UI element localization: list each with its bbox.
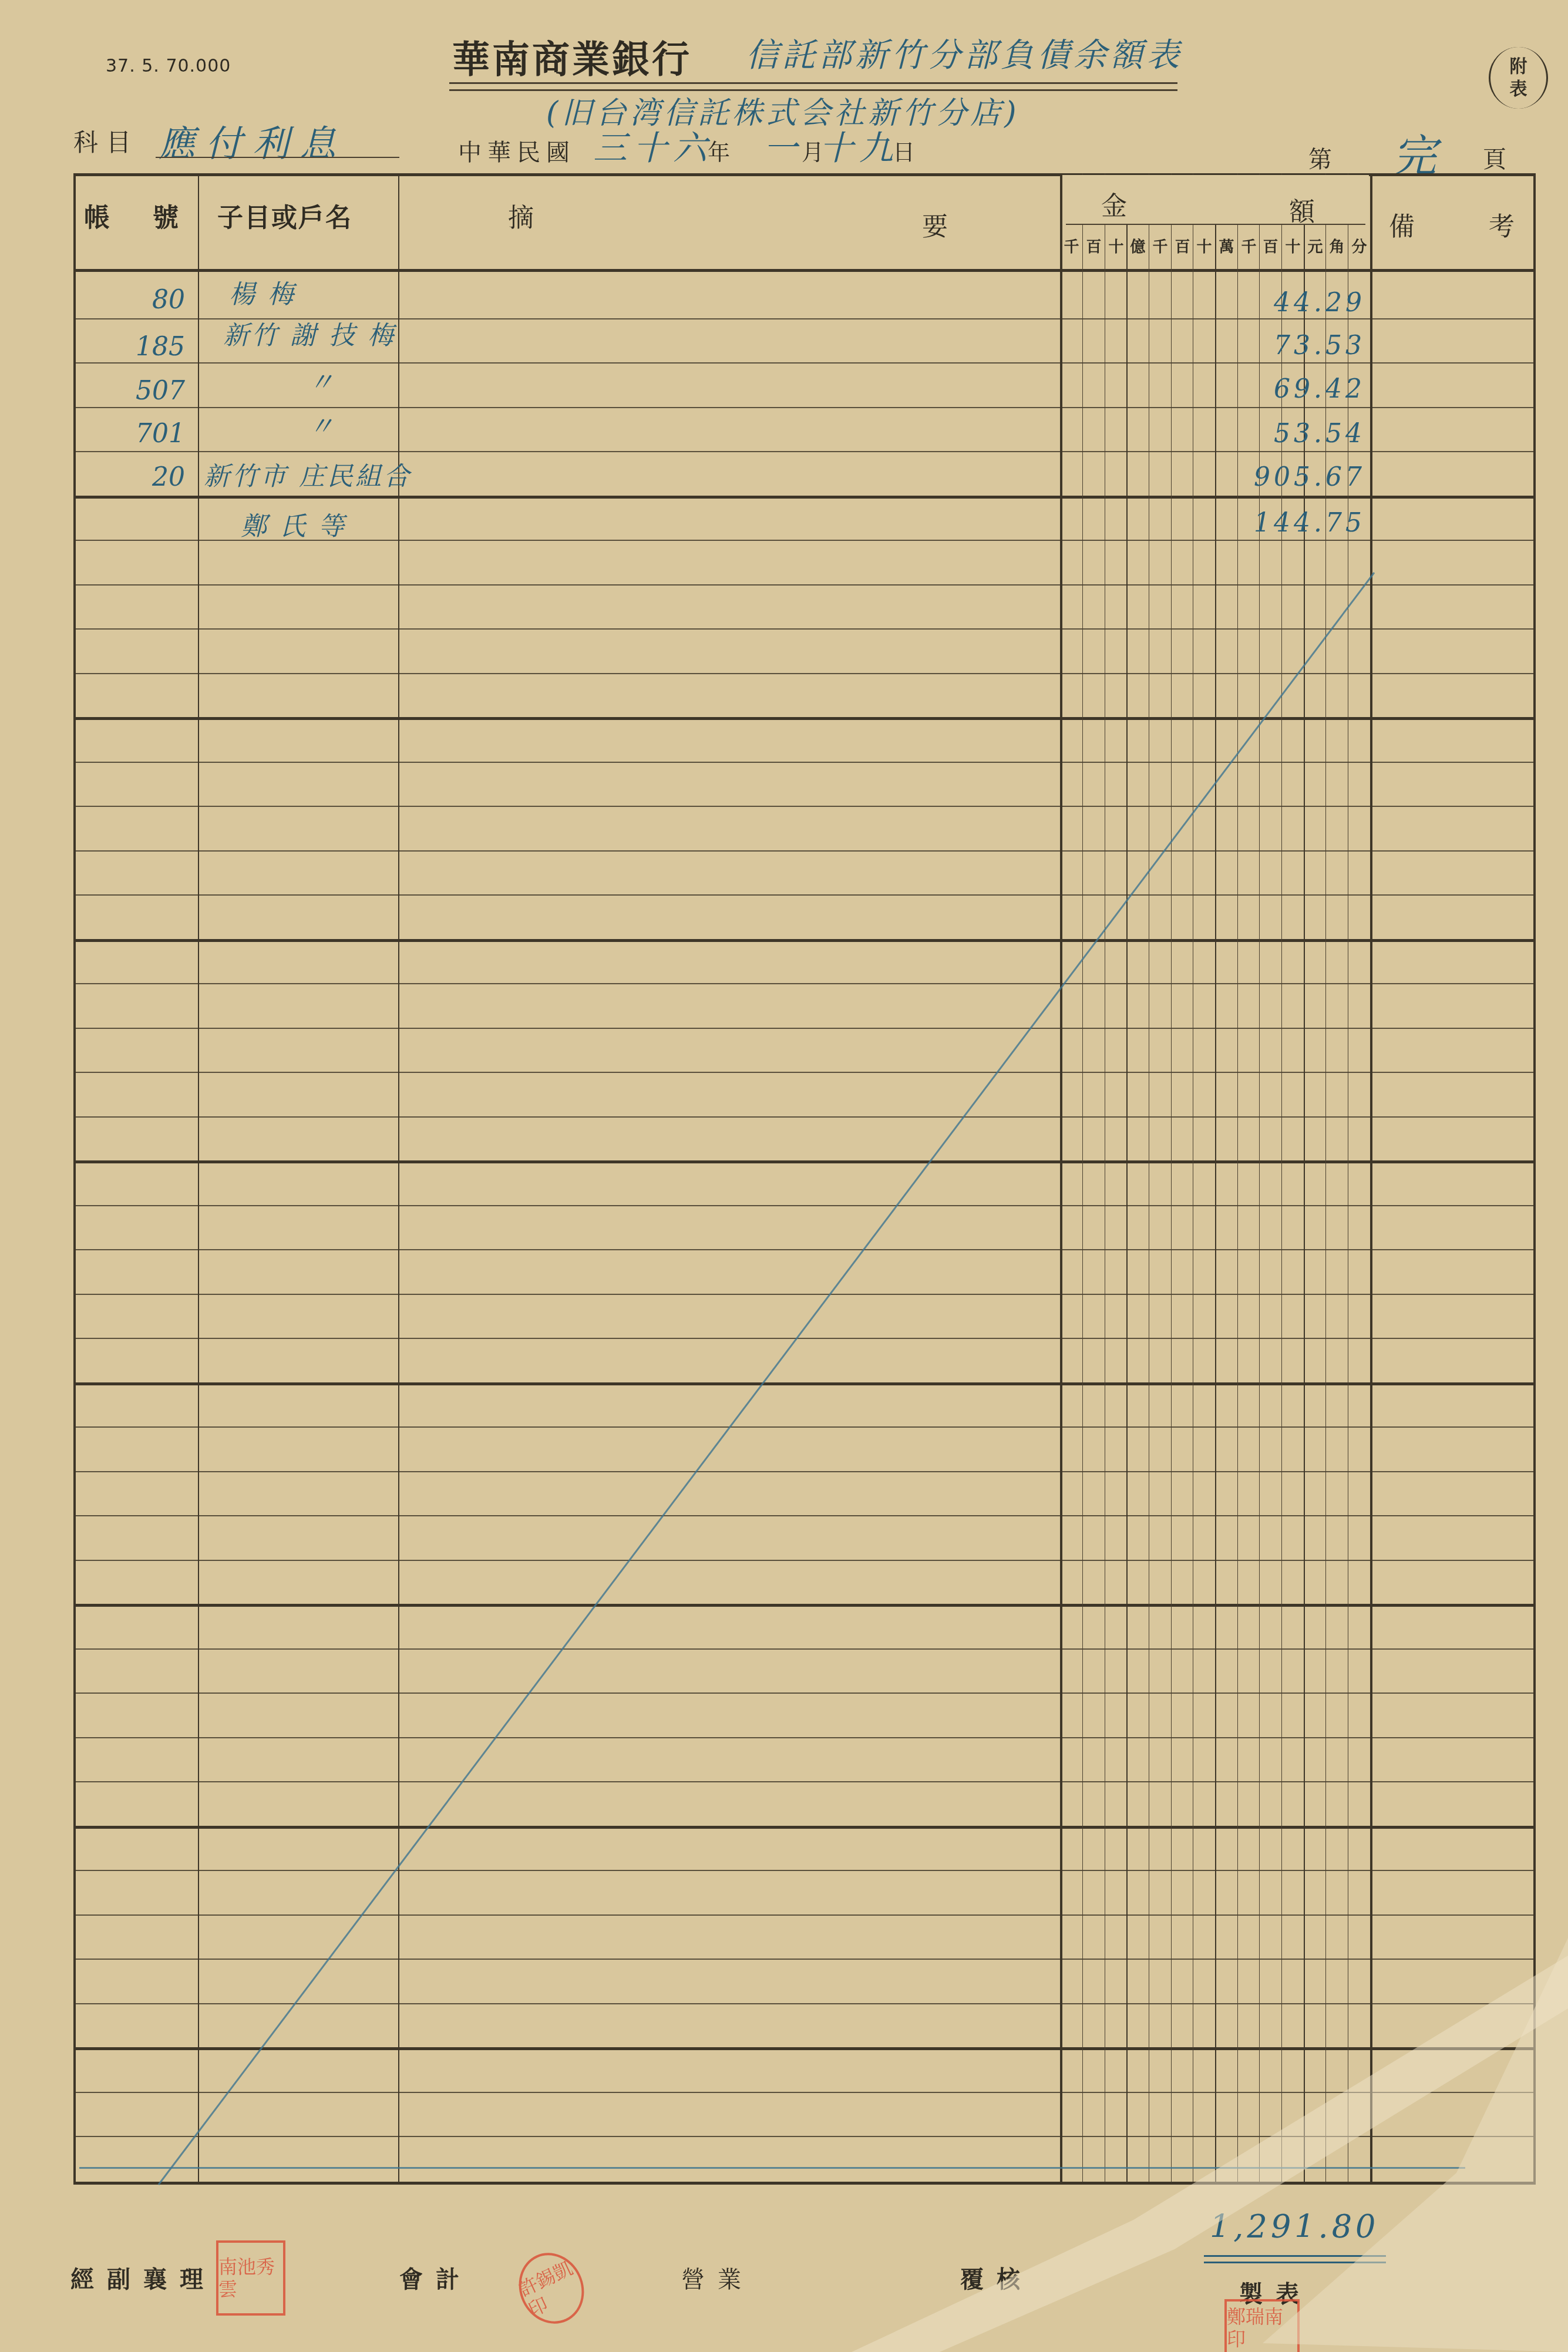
row-line [73, 1560, 1536, 1561]
row-line [73, 1471, 1536, 1472]
row-line [73, 1294, 1536, 1295]
digit-label: 元 [1307, 238, 1323, 256]
row-line [73, 2136, 1536, 2137]
row-3-amount: 69.42 [1172, 374, 1365, 404]
subject-underline [156, 157, 399, 158]
report-title-handwritten: 信託部新竹分部負債余額表 [746, 29, 1183, 76]
digit-header: 分 [1348, 235, 1370, 257]
digit-label: 十 [1285, 238, 1300, 256]
ledger-table: 帳 號 子目或戶名 摘 要 金 額 備 考 千 百 十 億 千 百 十 萬 千 … [73, 173, 1536, 2182]
row-line [73, 2092, 1536, 2093]
row-line [73, 451, 1536, 452]
row-4-amount: 53.54 [1172, 419, 1365, 449]
digit-header: 百 [1083, 235, 1105, 257]
appendix-stamp-char-2: 表 [1510, 78, 1527, 100]
row-2-name: 新竹 謝 技 梅 [223, 314, 396, 352]
row-3-account: 507 [97, 376, 185, 406]
digit-label: 千 [1064, 238, 1079, 256]
seal-stamp-manager: 南池秀雲 [216, 2240, 285, 2316]
row-line [73, 407, 1536, 408]
section-line [73, 1604, 1536, 1607]
digit-label: 萬 [1219, 238, 1234, 256]
col-border-amount [1370, 173, 1372, 2182]
row-1-name: 楊 梅 [229, 273, 296, 311]
col-header-summary-1: 摘 [508, 197, 535, 234]
date-year-unit: 年 [708, 134, 730, 166]
grand-total-amount: 1,291.80 [1210, 2208, 1379, 2245]
digit-label: 分 [1351, 238, 1367, 256]
row-line [73, 362, 1536, 364]
row-line [73, 1116, 1536, 1118]
digit-label: 十 [1108, 238, 1123, 256]
row-line [73, 1338, 1536, 1339]
row-line [73, 1737, 1536, 1738]
appendix-stamp-char-1: 附 [1510, 56, 1527, 78]
row-line [73, 1781, 1536, 1782]
section-line [73, 1160, 1536, 1163]
row-1-account: 80 [97, 285, 185, 315]
col-border-right [1533, 173, 1536, 2182]
date-day-unit: 日 [893, 134, 915, 166]
row-line [73, 894, 1536, 896]
section-line [73, 717, 1536, 720]
digit-header: 十 [1105, 235, 1127, 257]
digit-header: 角 [1326, 235, 1348, 257]
digit-label: 百 [1263, 238, 1278, 256]
row-line [73, 983, 1536, 984]
section-line [73, 939, 1536, 942]
grand-total-double-underline [1204, 2255, 1386, 2263]
digit-header: 千 [1061, 235, 1082, 257]
col-border-left [73, 173, 76, 2182]
digit-header: 千 [1149, 235, 1171, 257]
date-month: 一 [763, 120, 798, 170]
signature-label-manager: 經副襄理 [70, 2261, 216, 2294]
form-serial-number: 37. 5. 70.000 [106, 56, 231, 76]
header-bottom-border [73, 269, 1536, 272]
date-year: 三十六 [593, 120, 713, 170]
signature-label-accounting: 會計 [399, 2261, 472, 2294]
page-label: 第 [1308, 141, 1332, 174]
digit-label: 百 [1086, 238, 1101, 256]
digit-label: 億 [1130, 238, 1145, 256]
digit-header: 百 [1260, 235, 1281, 257]
signature-label-business: 營業 [681, 2261, 754, 2294]
date-era-label: 中華民國 [458, 134, 576, 167]
digit-rule [1149, 173, 1149, 2182]
row-line [73, 628, 1536, 630]
digit-label: 十 [1196, 238, 1212, 256]
col-header-summary-2: 要 [922, 206, 949, 243]
row-line [73, 584, 1536, 586]
row-6-name: 鄭 氏 等 [241, 505, 346, 543]
row-line [73, 1693, 1536, 1694]
digit-label: 百 [1175, 238, 1190, 256]
appendix-stamp: 附 表 [1489, 47, 1548, 109]
digit-header: 十 [1193, 235, 1215, 257]
row-line [73, 850, 1536, 852]
row-1-amount: 44.29 [1172, 288, 1365, 318]
row-4-account: 701 [97, 419, 185, 449]
page-unit: 頁 [1483, 141, 1506, 174]
signature-label-review: 覆核 [960, 2261, 1033, 2294]
row-line [73, 1515, 1536, 1516]
digit-header: 十 [1282, 235, 1304, 257]
table-bottom-border [73, 2182, 1536, 2185]
row-line [73, 1072, 1536, 1073]
col-header-account-2: 號 [153, 197, 180, 234]
section-line [73, 1826, 1536, 1829]
bank-title: 華南商業銀行 [452, 29, 692, 83]
row-2-account: 185 [97, 332, 185, 362]
row-line [73, 806, 1536, 807]
row-line [73, 1028, 1536, 1029]
row-3-name: 〃 [308, 361, 337, 399]
row-2-amount: 73.53 [1172, 331, 1365, 361]
digit-rule [1105, 173, 1105, 2182]
row-line [73, 1205, 1536, 1206]
digit-header: 億 [1127, 235, 1149, 257]
row-line [73, 1959, 1536, 1960]
digit-label: 千 [1241, 238, 1256, 256]
section-line [73, 2047, 1536, 2050]
row-6-amount: 144.75 [1172, 508, 1365, 538]
col-header-sub-account: 子目或戶名 [217, 197, 352, 234]
amount-header-divider [1066, 224, 1365, 225]
row-line [73, 1870, 1536, 1871]
row-line [73, 762, 1536, 763]
digit-label: 千 [1152, 238, 1167, 256]
col-header-amount-1: 金 [1101, 185, 1128, 223]
row-line [73, 673, 1536, 674]
digit-header: 百 [1172, 235, 1193, 257]
section-line [73, 496, 1536, 499]
row-line [73, 1914, 1536, 1916]
row-5-name: 新竹市 庄民組合 [204, 455, 412, 493]
row-5-amount: 905.67 [1172, 462, 1365, 492]
digit-header: 元 [1304, 235, 1326, 257]
digit-header: 萬 [1216, 235, 1237, 257]
col-header-account-1: 帳 [84, 197, 111, 234]
col-header-remarks-2: 考 [1489, 206, 1516, 243]
col-header-remarks-1: 備 [1389, 206, 1416, 243]
digit-rule [1126, 173, 1128, 2182]
subject-value: 應付利息 [159, 115, 346, 167]
col-border-summary [1060, 173, 1062, 2182]
subject-label: 科目 [73, 123, 139, 159]
row-line [73, 1648, 1536, 1650]
row-line [73, 1426, 1536, 1428]
total-rule-line [79, 2167, 1465, 2169]
row-line [73, 1249, 1536, 1250]
row-5-account: 20 [97, 462, 185, 492]
seal-stamp-accounting: 許錫凱印 [507, 2242, 595, 2334]
digit-label: 角 [1329, 238, 1344, 256]
col-border-account [198, 173, 199, 2182]
section-line [73, 1382, 1536, 1385]
digit-rule [1082, 173, 1083, 2182]
row-line [73, 2003, 1536, 2004]
seal-stamp-prepared-by: 鄭瑞南印 [1224, 2299, 1300, 2352]
date-day: 十九 [819, 120, 899, 170]
col-header-amount-2: 額 [1289, 191, 1316, 228]
digit-header: 千 [1238, 235, 1260, 257]
row-4-name: 〃 [308, 405, 337, 443]
